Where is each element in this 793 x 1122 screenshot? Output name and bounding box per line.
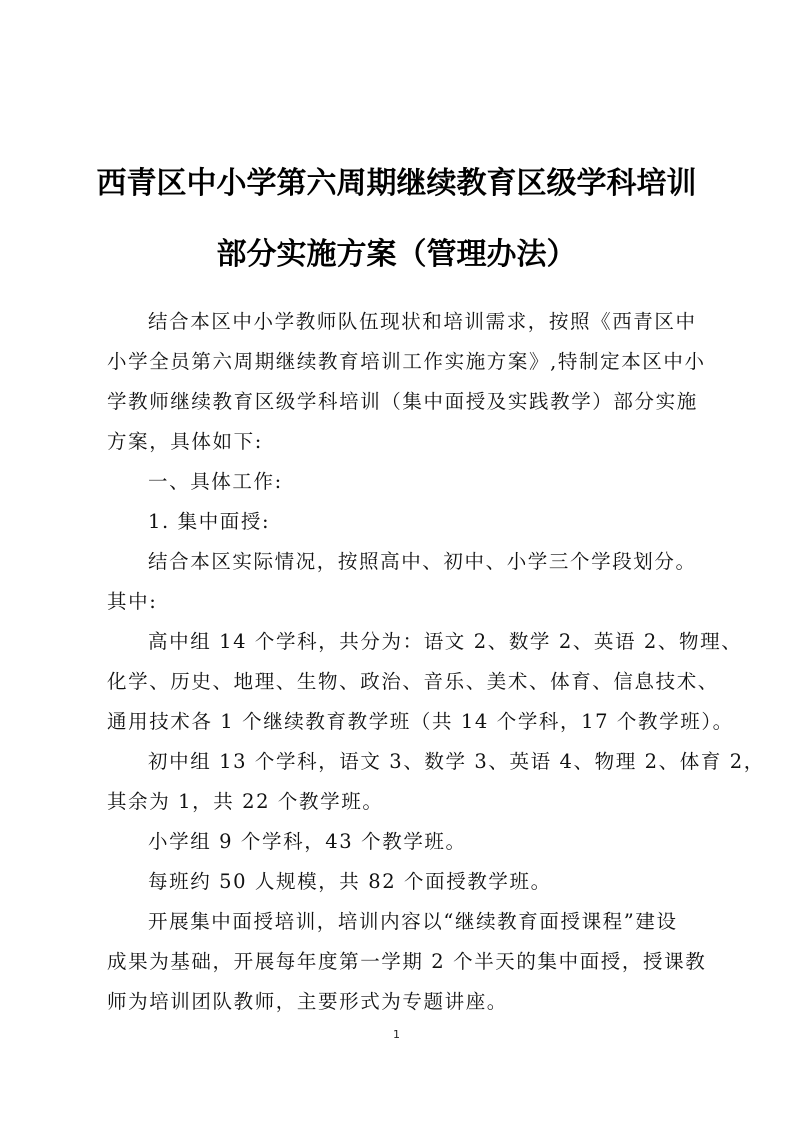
paragraph-division-line-1: 结合本区实际情况，按照高中、初中、小学三个学段划分。 [107, 542, 699, 582]
paragraph-high-school-line-2: 化学、历史、地理、生物、政治、音乐、美术、体育、信息技术、 [107, 662, 699, 702]
paragraph-intro-line-1: 结合本区中小学教师队伍现状和培训需求，按照《西青区中 [107, 302, 699, 342]
paragraph-class-size: 每班约 50 人规模，共 82 个面授教学班。 [107, 862, 699, 902]
paragraph-high-school-line-1: 高中组 14 个学科，共分为：语文 2、数学 2、英语 2、物理、 [107, 622, 699, 662]
document-page: 西青区中小学第六周期继续教育区级学科培训 部分实施方案（管理办法） 结合本区中小… [0, 0, 793, 1122]
paragraph-middle-school-line-2: 其余为 1，共 22 个教学班。 [107, 782, 699, 822]
paragraph-intro-line-4: 方案，具体如下: [107, 422, 699, 462]
paragraph-high-school-line-3: 通用技术各 1 个继续教育教学班（共 14 个学科，17 个教学班）。 [107, 702, 699, 742]
paragraph-intro-line-2: 小学全员第六周期继续教育培训工作实施方案》,特制定本区中小 [107, 342, 699, 382]
paragraph-training-content-line-2: 成果为基础，开展每年度第一学期 2 个半天的集中面授，授课教 [107, 942, 699, 982]
page-number: 1 [0, 1028, 793, 1041]
document-title-line-2: 部分实施方案（管理办法） [0, 237, 793, 273]
document-body: 结合本区中小学教师队伍现状和培训需求，按照《西青区中 小学全员第六周期继续教育培… [107, 302, 699, 1022]
paragraph-training-content-line-1: 开展集中面授培训，培训内容以“继续教育面授课程”建设 [107, 902, 699, 942]
document-title-line-1: 西青区中小学第六周期继续教育区级学科培训 [0, 166, 793, 202]
paragraph-primary-school: 小学组 9 个学科，43 个教学班。 [107, 822, 699, 862]
paragraph-division-line-2: 其中: [107, 582, 699, 622]
section-heading-specific-work: 一、具体工作: [107, 462, 699, 502]
paragraph-intro-line-3: 学教师继续教育区级学科培训（集中面授及实践教学）部分实施 [107, 382, 699, 422]
paragraph-training-content-line-3: 师为培训团队教师，主要形式为专题讲座。 [107, 982, 699, 1022]
paragraph-middle-school-line-1: 初中组 13 个学科，语文 3、数学 3、英语 4、物理 2、体育 2， [107, 742, 699, 782]
subsection-heading-face-to-face: 1. 集中面授: [107, 502, 699, 542]
